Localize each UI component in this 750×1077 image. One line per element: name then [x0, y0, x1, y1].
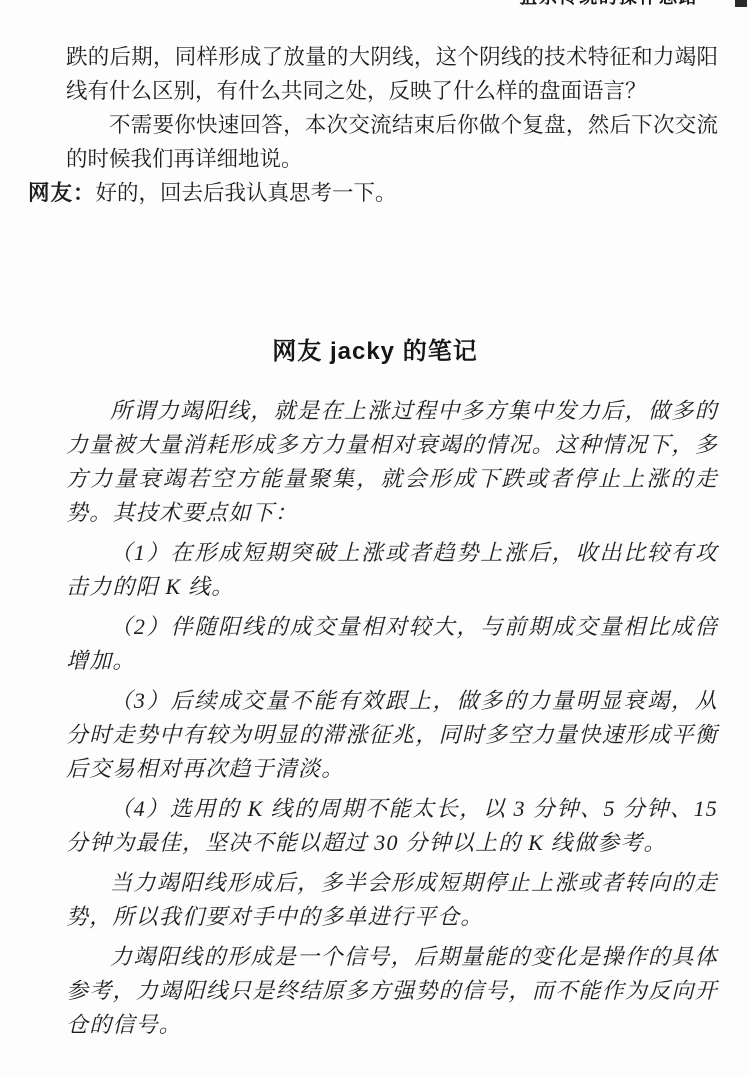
netizen-reply-line: 网友：好的，回去后我认真思考一下。 — [28, 176, 718, 210]
netizen-reply-text: 好的，回去后我认真思考一下。 — [96, 181, 397, 205]
note-paragraph: （1）在形成短期突破上涨或者趋势上涨后，收出比较有攻击力的阳 K 线。 — [66, 536, 718, 604]
note-paragraph: （2）伴随阳线的成交量相对较大，与前期成交量相比成倍增加。 — [66, 610, 718, 678]
page-number-fragment — [735, 0, 747, 7]
dialogue-paragraph: 不需要你快速回答，本次交流结束后你做个复盘，然后下次交流的时候我们再详细地说。 — [66, 108, 718, 176]
book-page: 狙杀传统的操作思路 跌的后期，同样形成了放量的大阴线，这个阴线的技术特征和力竭阳… — [0, 0, 750, 1077]
note-paragraph: （3）后续成交量不能有效跟上，做多的力量明显衰竭，从分时走势中有较为明显的滞涨征… — [66, 684, 718, 786]
note-paragraph: （4）选用的 K 线的周期不能太长，以 3 分钟、5 分钟、15 分钟为最佳，坚… — [66, 792, 718, 860]
note-paragraph: 当力竭阳线形成后，多半会形成短期停止上涨或者转向的走势，所以我们要对手中的多单进… — [66, 866, 718, 934]
note-paragraph: 所谓力竭阳线，就是在上涨过程中多方集中发力后，做多的力量被大量消耗形成多方力量相… — [66, 394, 718, 530]
note-paragraph: 力竭阳线的形成是一个信号，后期量能的变化是操作的具体参考，力竭阳线只是终结原多方… — [66, 940, 718, 1042]
notes-section-title: 网友 jacky 的笔记 — [0, 334, 750, 370]
dialogue-paragraph-continuation: 跌的后期，同样形成了放量的大阴线，这个阴线的技术特征和力竭阳线有什么区别，有什么… — [66, 40, 718, 108]
dialogue-section: 跌的后期，同样形成了放量的大阴线，这个阴线的技术特征和力竭阳线有什么区别，有什么… — [66, 40, 718, 176]
running-header: 狙杀传统的操作思路 — [519, 0, 699, 7]
page-body: 跌的后期，同样形成了放量的大阴线，这个阴线的技术特征和力竭阳线有什么区别，有什么… — [0, 40, 750, 1042]
netizen-label: 网友： — [28, 181, 96, 205]
notes-section: 所谓力竭阳线，就是在上涨过程中多方集中发力后，做多的力量被大量消耗形成多方力量相… — [66, 394, 718, 1042]
